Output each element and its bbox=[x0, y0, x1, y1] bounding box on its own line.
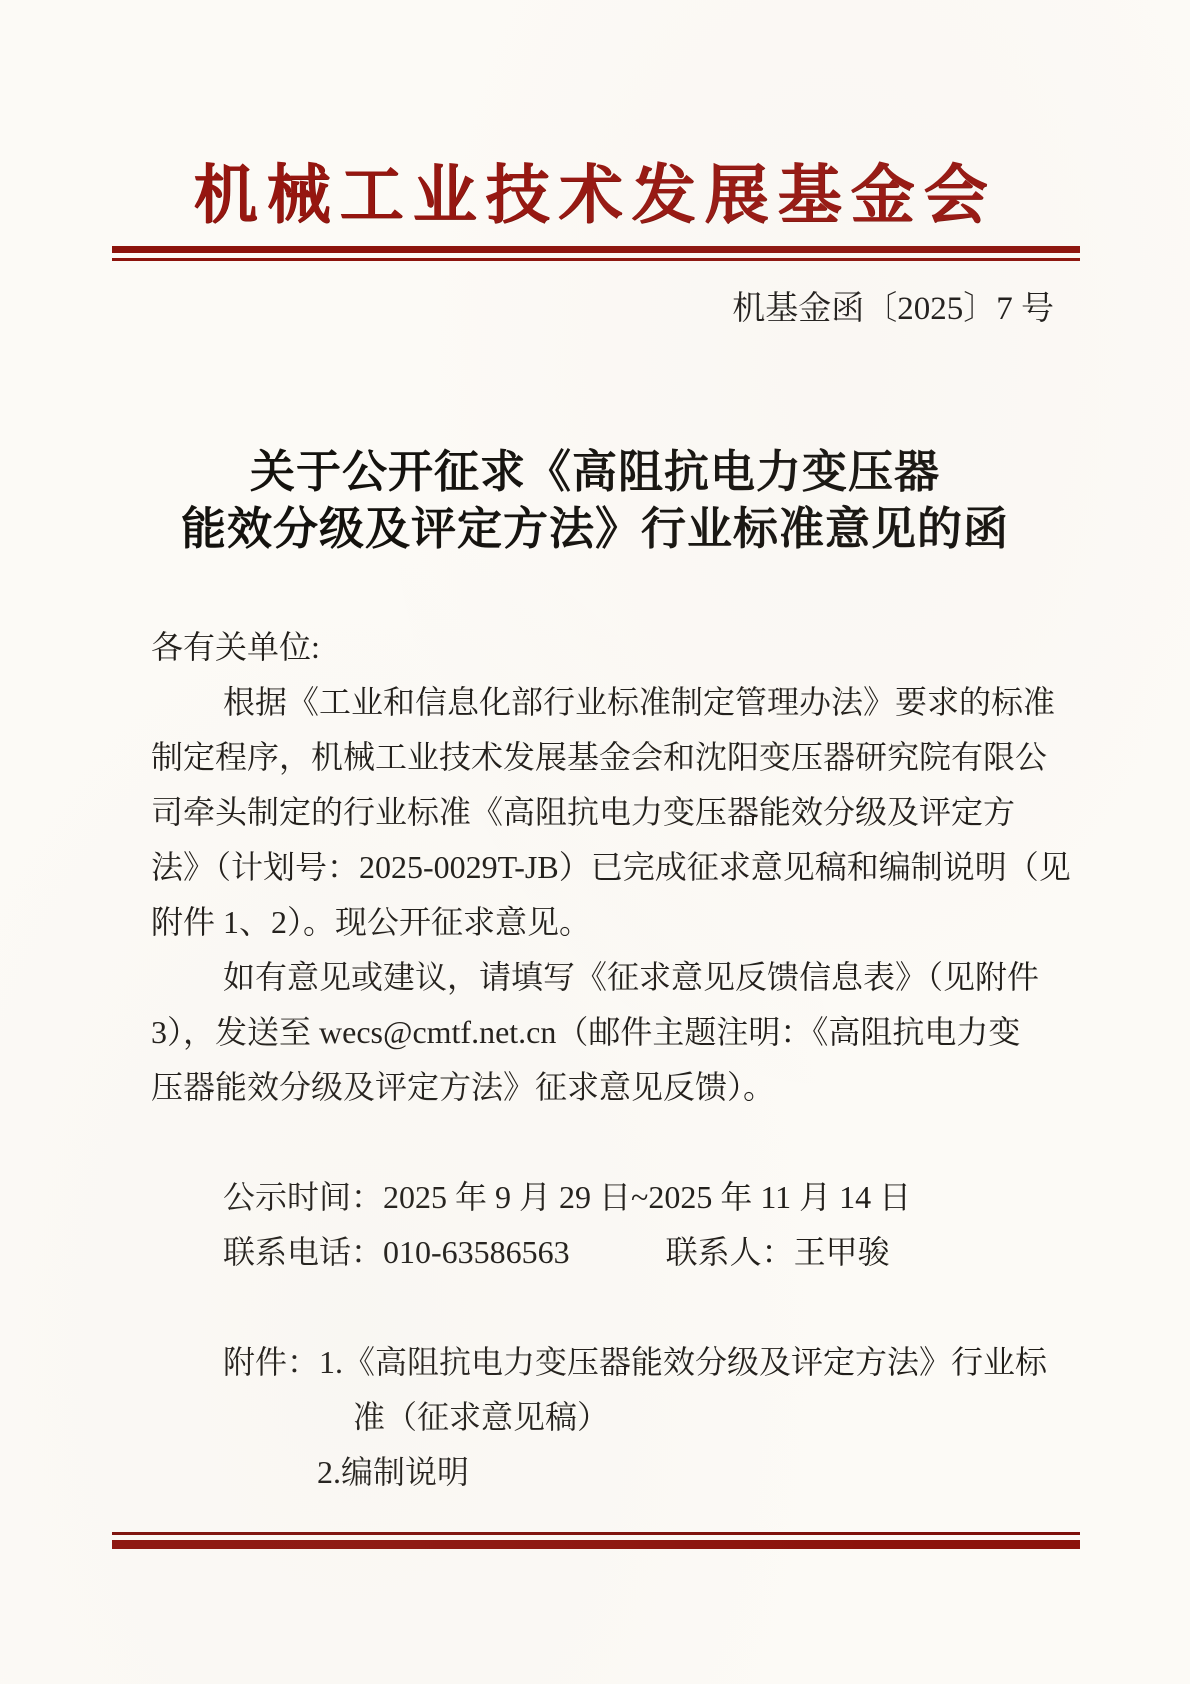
scanned-official-letter-page: 机械工业技术发展基金会 机基金函〔2025〕7 号 关于公开征求《高阻抗电力变压… bbox=[0, 0, 1190, 1684]
body-line: 附件 1、2）。现公开征求意见。 bbox=[151, 895, 1056, 950]
body-line: 如有意见或建议，请填写《征求意见反馈信息表》（见附件 bbox=[151, 950, 1056, 1005]
rule-thin-bar bbox=[112, 258, 1080, 261]
body-line: 压器能效分级及评定方法》征求意见反馈）。 bbox=[151, 1060, 1056, 1115]
publicity-period: 公示时间：2025 年 9 月 29 日~2025 年 11 月 14 日 bbox=[151, 1170, 1056, 1225]
document-title-line-1: 关于公开征求《高阻抗电力变压器 bbox=[0, 444, 1190, 501]
contact-line: 联系电话：010-63586563联系人：王甲骏 bbox=[151, 1225, 1056, 1280]
body-line: 根据《工业和信息化部行业标准制定管理办法》要求的标准 bbox=[151, 675, 1056, 730]
attachment-line: 附件：1.《高阻抗电力变压器能效分级及评定方法》行业标 bbox=[151, 1335, 1056, 1390]
blank-line bbox=[151, 1115, 1056, 1170]
rule-thick-bar bbox=[112, 246, 1080, 253]
letter-body: 各有关单位: 根据《工业和信息化部行业标准制定管理办法》要求的标准 制定程序，机… bbox=[151, 620, 1056, 1500]
contact-phone: 联系电话：010-63586563 bbox=[223, 1234, 570, 1270]
body-line: 法》（计划号：2025-0029T-JB）已完成征求意见稿和编制说明（见 bbox=[151, 840, 1056, 895]
rule-thick-bar bbox=[112, 1540, 1080, 1549]
document-title: 关于公开征求《高阻抗电力变压器 能效分级及评定方法》行业标准意见的函 bbox=[0, 444, 1190, 558]
blank-line bbox=[151, 1280, 1056, 1335]
body-line: 3），发送至 wecs@cmtf.net.cn（邮件主题注明：《高阻抗电力变 bbox=[151, 1005, 1056, 1060]
footer-double-rule bbox=[112, 1532, 1080, 1549]
letterhead-org-name: 机械工业技术发展基金会 bbox=[0, 144, 1190, 236]
body-line: 司牵头制定的行业标准《高阻抗电力变压器能效分级及评定方 bbox=[151, 785, 1056, 840]
document-title-line-2: 能效分级及评定方法》行业标准意见的函 bbox=[0, 501, 1190, 558]
body-line: 制定程序，机械工业技术发展基金会和沈阳变压器研究院有限公 bbox=[151, 730, 1056, 785]
contact-person: 联系人：王甲骏 bbox=[666, 1234, 890, 1270]
letterhead-double-rule bbox=[112, 246, 1080, 261]
attachment-line: 2.编制说明 bbox=[151, 1445, 1056, 1500]
attachment-line: 准（征求意见稿） bbox=[151, 1390, 1056, 1445]
document-number: 机基金函〔2025〕7 号 bbox=[732, 282, 1054, 329]
rule-thin-bar bbox=[112, 1532, 1080, 1535]
salutation: 各有关单位: bbox=[151, 620, 1056, 675]
